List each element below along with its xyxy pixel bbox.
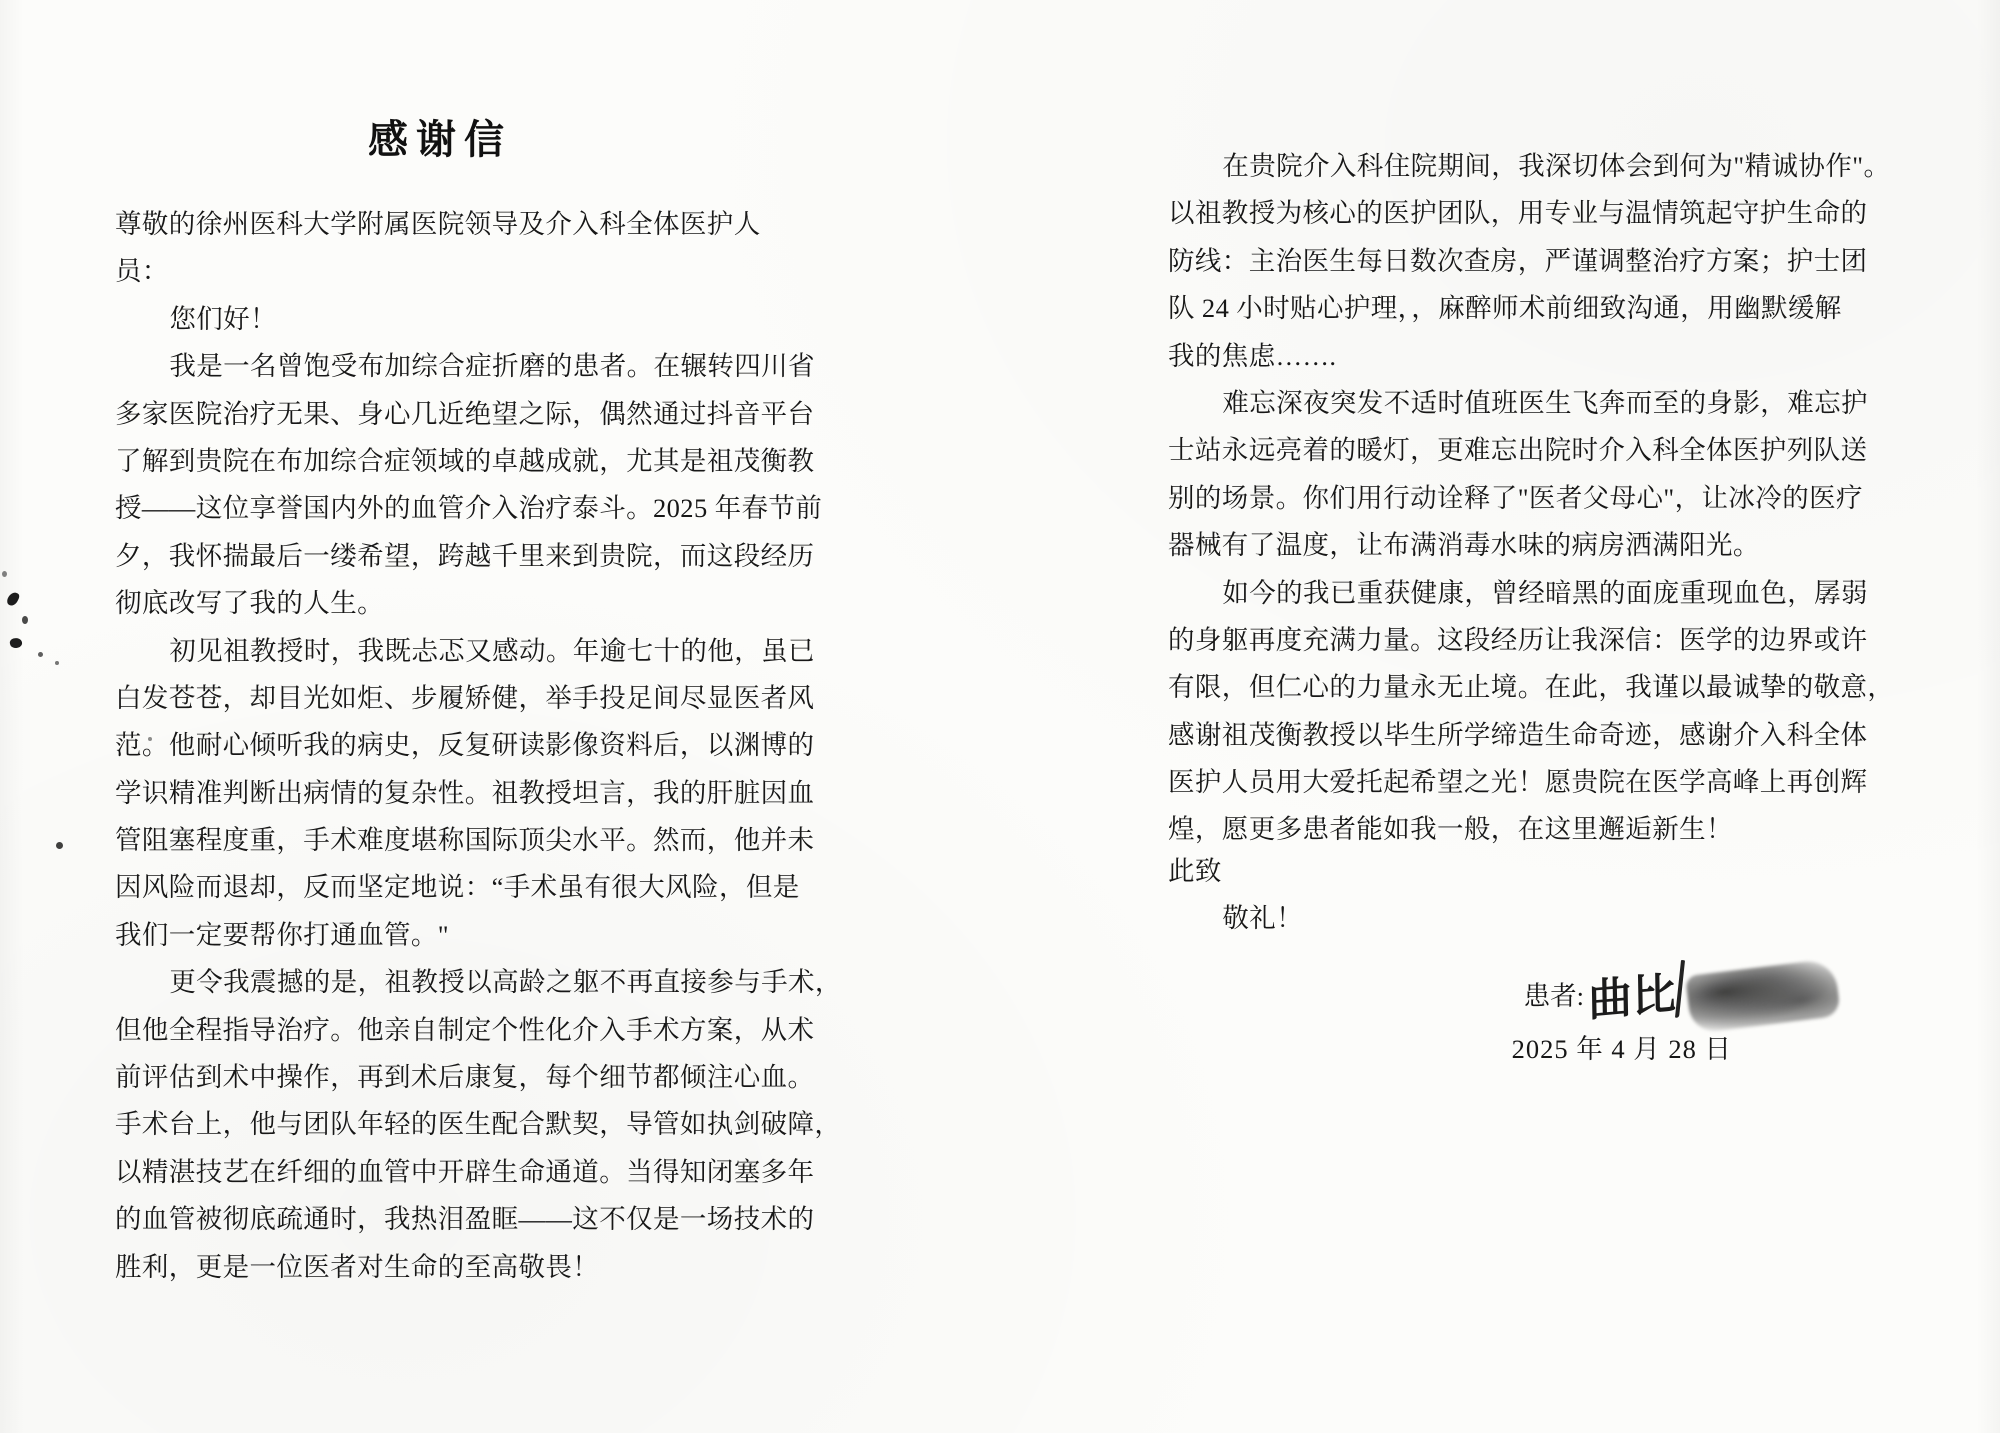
- ink-speckle: [6, 591, 21, 608]
- text-line: 范。他耐心倾听我的病史，反复研读影像资料后，以渊博的: [115, 722, 765, 769]
- text-line: 手术台上，他与团队年轻的医生配合默契，导管如执剑破障，: [115, 1101, 765, 1148]
- letter-title: 感谢信: [115, 108, 765, 165]
- text-line: 以祖教授为核心的医护团队，用专业与温情筑起守护生命的: [1168, 190, 1844, 237]
- text-line: 授——这位享誉国内外的血管介入治疗泰斗。2025 年春节前: [115, 485, 765, 532]
- text-line: 彻底改写了我的人生。: [115, 580, 765, 627]
- text-line: 我们一定要帮你打通血管。": [115, 912, 765, 959]
- ink-speckle: [56, 842, 63, 849]
- text-line: 士站永远亮着的暖灯，更难忘出院时介入科全体医护列队送: [1168, 427, 1844, 474]
- signature-smudge: [1685, 958, 1841, 1034]
- text-line: 感谢祖茂衡教授以毕生所学缔造生命奇迹，感谢介入科全体: [1168, 712, 1844, 759]
- signature-pen-stroke: [1675, 960, 1685, 1018]
- text-line: 如今的我已重获健康，曾经暗黑的面庞重现血色，孱弱: [1168, 570, 1844, 617]
- ink-speckle: [9, 637, 23, 650]
- letter-page: 感谢信 尊敬的徐州医科大学附属医院领导及介入科全体医护人员：您们好！我是一名曾饱…: [0, 0, 2000, 1433]
- text-line: 器械有了温度，让布满消毒水味的病房洒满阳光。: [1168, 522, 1844, 569]
- text-line: 初见祖教授时，我既忐忑又感动。年逾七十的他，虽已: [115, 628, 765, 675]
- patient-label: 患者:: [1524, 966, 1584, 1026]
- text-line: 防线：主治医生每日数次查房，严谨调整治疗方案；护士团: [1168, 238, 1844, 285]
- text-line: 煌，愿更多患者能如我一般，在这里邂逅新生！: [1168, 806, 1844, 853]
- text-line: 有限，但仁心的力量永无止境。在此，我谨以最诚挚的敬意，: [1168, 664, 1844, 711]
- ink-speckle: [55, 661, 59, 665]
- ink-speckle: [38, 652, 43, 657]
- closing-regards: 敬礼！: [1168, 895, 1844, 942]
- text-line: 但他全程指导治疗。他亲自制定个性化介入手术方案，从术: [115, 1007, 765, 1054]
- text-line: 您们好！: [115, 296, 765, 343]
- text-line: 夕，我怀揣最后一缕希望，跨越千里来到贵院，而这段经历: [115, 533, 765, 580]
- text-line: 别的场景。你们用行动诠释了"医者父母心"，让冰冷的医疗: [1168, 475, 1844, 522]
- closing-salute: 此致: [1168, 848, 1844, 895]
- text-line: 医护人员用大爱托起希望之光！愿贵院在医学高峰上再创辉: [1168, 759, 1844, 806]
- text-line: 我是一名曾饱受布加综合症折磨的患者。在辗转四川省: [115, 343, 765, 390]
- text-line: 更令我震撼的是，祖教授以高龄之躯不再直接参与手术，: [115, 959, 765, 1006]
- text-line: 多家医院治疗无果、身心几近绝望之际，偶然通过抖音平台: [115, 391, 765, 438]
- text-line: 我的焦虑…….: [1168, 333, 1844, 380]
- text-line: 了解到贵院在布加综合症领域的卓越成就，尤其是祖茂衡教: [115, 438, 765, 485]
- text-line: 管阻塞程度重，手术难度堪称国际顶尖水平。然而，他并未: [115, 817, 765, 864]
- text-line: 难忘深夜突发不适时值班医生飞奔而至的身影，难忘护: [1168, 380, 1844, 427]
- ink-speckle: [148, 737, 152, 741]
- text-line: 的血管被彻底疏通时，我热泪盈眶——这不仅是一场技术的: [115, 1196, 765, 1243]
- text-line: 胜利，更是一位医者对生命的至高敬畏！: [115, 1244, 765, 1291]
- letter-date: 2025 年 4 月 28 日: [1168, 1026, 1844, 1073]
- ink-speckle: [22, 616, 28, 624]
- ink-speckle: [2, 571, 7, 577]
- text-line: 的身躯再度充满力量。这段经历让我深信：医学的边界或许: [1168, 617, 1844, 664]
- text-line: 以精湛技艺在纤细的血管中开辟生命通道。当得知闭塞多年: [115, 1149, 765, 1196]
- closing-block: 此致 敬礼！: [1168, 848, 1844, 943]
- text-line: 前评估到术中操作，再到术后康复，每个细节都倾注心血。: [115, 1054, 765, 1101]
- text-line: 因风险而退却，反而坚定地说：“手术虽有很大风险，但是: [115, 864, 765, 911]
- text-line: 白发苍苍，却目光如炬、步履矫健，举手投足间尽显医者风: [115, 675, 765, 722]
- text-line: 在贵院介入科住院期间，我深切体会到何为"精诚协作"。: [1168, 143, 1844, 190]
- signature-row: 患者: 曲比: [1168, 966, 1844, 1026]
- right-column: 在贵院介入科住院期间，我深切体会到何为"精诚协作"。以祖教授为核心的医护团队，用…: [1168, 143, 1844, 854]
- text-line: 尊敬的徐州医科大学附属医院领导及介入科全体医护人: [115, 201, 765, 248]
- left-column: 尊敬的徐州医科大学附属医院领导及介入科全体医护人员：您们好！我是一名曾饱受布加综…: [115, 201, 765, 1291]
- text-line: 学识精准判断出病情的复杂性。祖教授坦言，我的肝脏因血: [115, 770, 765, 817]
- text-line: 队 24 小时贴心护理，，麻醉师术前细致沟通，用幽默缓解: [1168, 285, 1844, 332]
- patient-signature: 曲比: [1588, 957, 1677, 1029]
- text-line: 员：: [115, 248, 765, 295]
